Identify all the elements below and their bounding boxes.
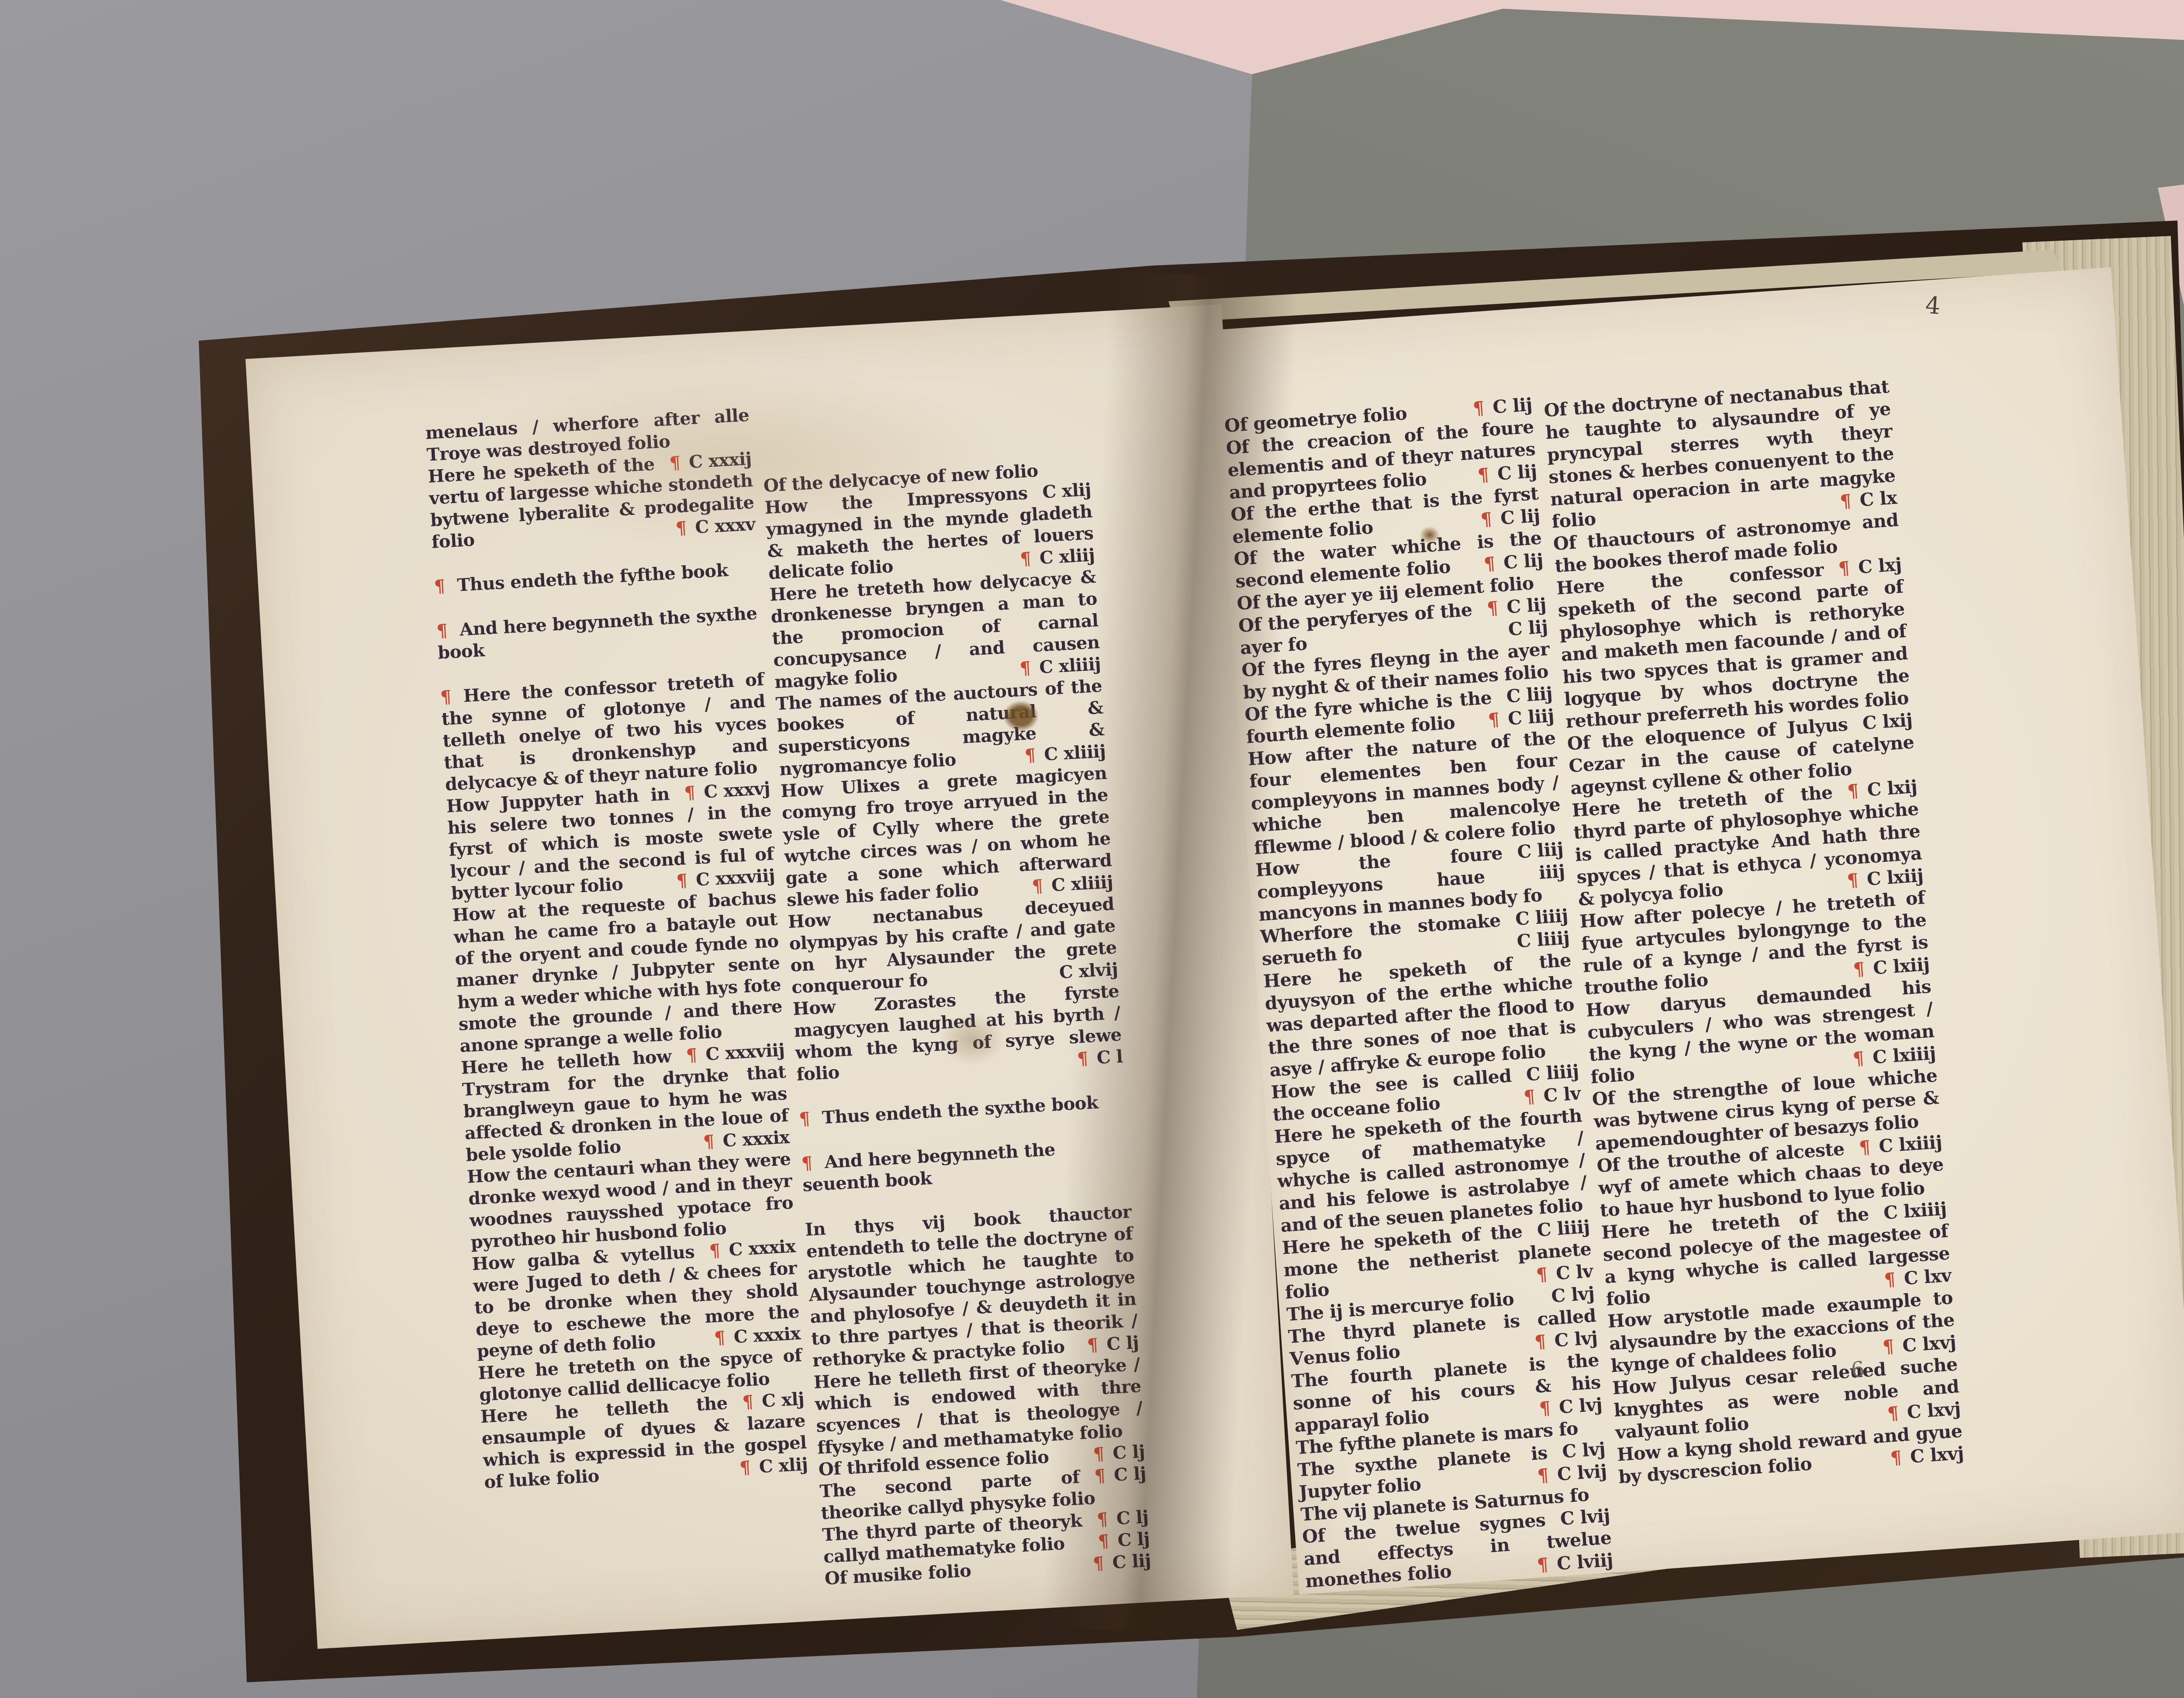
toc-entry: Of the doctryne of nectanabus that he ta… — [1543, 376, 1897, 533]
pilcrow-icon: ¶ — [1852, 1047, 1873, 1069]
folio-number: C xlij — [1042, 479, 1092, 502]
folio-number: C lxiij — [1866, 865, 1924, 890]
folio-number: C liiij — [1525, 1060, 1579, 1085]
section-heading: ¶Thus endeth the syxthe book — [798, 1090, 1126, 1130]
toc-entry: How at the requeste of bachus whan he ca… — [452, 887, 784, 1057]
folio-number: C xxxviij — [705, 1040, 785, 1065]
toc-entry: Here the confessor speketh of the second… — [1555, 553, 1911, 733]
pilcrow-icon: ¶ — [1523, 1085, 1545, 1108]
folio-number: C lij — [1492, 394, 1533, 418]
folio-reference: ¶C l — [1077, 1046, 1123, 1070]
folio-number: C xliiij — [1051, 872, 1113, 896]
pilcrow-icon: ¶ — [1847, 780, 1868, 802]
folio-reference: ¶C xxxv — [675, 513, 756, 539]
toc-entry: How the centauri whan they were dronke w… — [467, 1148, 795, 1253]
folio-reference: C lij — [1507, 616, 1548, 641]
folio-number: C lj — [1106, 1332, 1139, 1354]
folio-number: C lj — [1112, 1441, 1145, 1463]
photo-scene: menelaus / wherfore after alle Troye was… — [0, 0, 2184, 1698]
folio-number: C lj — [1113, 1463, 1147, 1485]
pilcrow-icon: ¶ — [1480, 508, 1501, 530]
pilcrow-icon: ¶ — [1019, 657, 1040, 679]
pilcrow-icon: ¶ — [1024, 744, 1045, 766]
toc-column: Of the doctryne of nectanabus that he ta… — [1543, 376, 1964, 1488]
folio-number: C liiij — [1536, 1216, 1590, 1241]
pilcrow-icon: ¶ — [1031, 875, 1052, 897]
right-page: Of geometrye folio¶C lijOf the creacion … — [1211, 267, 2184, 1594]
entry-text: Thus endeth the syxthe book — [822, 1092, 1099, 1128]
pilcrow-icon: ¶ — [1487, 708, 1509, 731]
section-heading: ¶And here begynneth the syxthe book — [436, 602, 762, 664]
folio-reference: ¶C xlj — [742, 1388, 805, 1413]
entry-text: How Zorastes the fyrste magycyen laughed… — [792, 981, 1122, 1085]
toc-column: Of the delycacye of new folioC xlijHow t… — [763, 457, 1152, 1590]
pilcrow-icon: ¶ — [1092, 1443, 1113, 1464]
folio-reference: ¶C lxvj — [1890, 1442, 1964, 1470]
pilcrow-icon: ¶ — [1483, 552, 1504, 575]
folio-number: C lij — [1503, 549, 1544, 573]
folio-number: C lxiij — [1872, 954, 1930, 979]
folio-number: C lv — [1555, 1260, 1593, 1284]
pencil-page-number: 6 — [1850, 1357, 1866, 1383]
pilcrow-icon: ¶ — [676, 870, 697, 891]
toc-entry: How Ulixes a grete magicyen comyng fro t… — [780, 762, 1114, 911]
folio-number: C liij — [1506, 683, 1553, 707]
folio-number: C lvij — [1556, 1460, 1607, 1485]
folio-number: C lxj — [1858, 554, 1902, 578]
folio-number: C lviij — [1556, 1550, 1614, 1574]
folio-reference: C xlij — [1042, 479, 1092, 503]
pilcrow-icon: ¶ — [1839, 490, 1861, 512]
pilcrow-icon: ¶ — [1019, 548, 1040, 569]
toc-entry: Here he speketh of the fourth spyce of m… — [1273, 1104, 1589, 1237]
left-page: menelaus / wherfore after alle Troye was… — [245, 304, 1294, 1649]
folio-number: C lv — [1543, 1083, 1581, 1106]
folio-number: C xlij — [759, 1454, 809, 1477]
folio-reference: ¶C lij — [1483, 549, 1544, 575]
pilcrow-icon: ¶ — [1535, 1263, 1557, 1285]
handwritten-folio-mark: 4 — [1925, 291, 1942, 320]
pilcrow-icon: ¶ — [709, 1239, 730, 1261]
pilcrow-icon: ¶ — [1846, 869, 1868, 891]
folio-reference: C lxij — [1862, 709, 1913, 735]
folio-number: C xliij — [1039, 545, 1095, 568]
toc-entry: How after the nature of the four element… — [1247, 727, 1562, 859]
folio-reference: C lvj — [1551, 1282, 1595, 1308]
pilcrow-icon: ¶ — [742, 1391, 763, 1412]
folio-number: C liij — [1517, 839, 1564, 863]
folio-number: C xxxviij — [695, 865, 775, 890]
pilcrow-icon: ¶ — [801, 1152, 825, 1174]
folio-number: C lvj — [1554, 1327, 1598, 1351]
folio-reference: C liiij — [1536, 1216, 1590, 1242]
pilcrow-icon: ¶ — [1536, 1553, 1558, 1576]
folio-number: C xxxix — [722, 1127, 790, 1151]
toc-column: menelaus / wherfore after alle Troye was… — [425, 404, 809, 1494]
folio-number: C lxij — [1862, 709, 1913, 734]
entry-text: And here begynneth the syxthe book — [437, 603, 757, 663]
folio-reference: ¶C lj — [1097, 1528, 1150, 1553]
pilcrow-icon: ¶ — [1852, 958, 1874, 980]
folio-number: C liiij — [1516, 927, 1570, 952]
folio-number: C xliiij — [1039, 654, 1101, 678]
folio-reference: ¶C lx — [1839, 487, 1898, 513]
folio-number: C xxxix — [733, 1323, 801, 1347]
folio-reference: ¶C lj — [1094, 1463, 1147, 1487]
folio-number: C xxxv — [695, 514, 756, 538]
folio-reference: ¶C lv — [1535, 1260, 1593, 1286]
pilcrow-icon: ¶ — [1537, 1464, 1558, 1486]
folio-reference: ¶C lj — [1086, 1332, 1139, 1356]
pilcrow-icon: ¶ — [440, 686, 464, 707]
folio-reference: ¶C lviij — [1536, 1549, 1614, 1577]
toc-entry: Here he treteth how delycacye & dronkene… — [769, 566, 1102, 693]
folio-number: C lij — [1496, 461, 1538, 484]
pilcrow-icon: ¶ — [1538, 1397, 1560, 1419]
pilcrow-icon: ¶ — [1077, 1048, 1098, 1069]
pilcrow-icon: ¶ — [1477, 463, 1498, 486]
entry-text: Here he speketh of the dyuysyon of the e… — [1263, 949, 1576, 1081]
pilcrow-icon: ¶ — [1472, 397, 1493, 419]
pilcrow-icon: ¶ — [1534, 1330, 1555, 1353]
folio-reference: ¶C lj — [1096, 1506, 1149, 1531]
entry-text: Thus endeth the fyfthe book — [456, 560, 729, 596]
pilcrow-icon: ¶ — [1092, 1553, 1113, 1574]
entry-text: Here he speketh of the fourth spyce of m… — [1274, 1105, 1587, 1236]
pilcrow-icon: ¶ — [1890, 1446, 1911, 1469]
folio-reference: C liij — [1506, 683, 1553, 708]
folio-number: C xxxij — [688, 449, 752, 473]
folio-number: C lx — [1859, 487, 1897, 511]
folio-number: C lij — [1500, 505, 1541, 529]
folio-number: C lxvj — [1902, 1332, 1957, 1356]
folio-reference: ¶C lvj — [1538, 1394, 1603, 1420]
folio-number: C lxv — [1903, 1265, 1952, 1289]
folio-number: C lvj — [1551, 1283, 1595, 1307]
folio-reference: C liiij — [1525, 1060, 1579, 1086]
folio-number: C lxiiij — [1878, 1132, 1942, 1157]
pilcrow-icon: ¶ — [714, 1327, 735, 1348]
section-heading: ¶Thus endeth the fyfthe book — [433, 558, 758, 597]
toc-entry: In thys vij book thauctor entendeth to t… — [805, 1201, 1139, 1372]
pilcrow-icon: ¶ — [433, 575, 457, 597]
folio-reference: C xlvij — [1059, 959, 1119, 984]
pilcrow-icon: ¶ — [1094, 1465, 1115, 1486]
entry-text: Here the confessor treteth of the synne … — [441, 669, 768, 795]
section-heading: ¶And here begynneth the seuenth book — [801, 1135, 1129, 1197]
folio-number: C lj — [1116, 1507, 1149, 1529]
pilcrow-icon: ¶ — [675, 517, 696, 538]
entry-text: How after the nature of the four element… — [1247, 727, 1561, 859]
folio-reference: C lvj — [1562, 1438, 1606, 1463]
pilcrow-icon: ¶ — [669, 452, 690, 473]
entry-text: Here the confessor speketh of the second… — [1555, 559, 1910, 732]
entry-text: Here he telleth first of theoryke / whic… — [813, 1354, 1143, 1458]
folio-number: C xxxvj — [703, 778, 771, 802]
folio-number: C lxij — [1866, 776, 1918, 801]
toc-entry: Here he telleth first of theoryke / whic… — [813, 1353, 1144, 1459]
folio-number: C lxiiij — [1872, 1042, 1936, 1068]
entry-text: How the centauri whan they were dronke w… — [467, 1149, 794, 1253]
folio-number: C lvij — [1559, 1505, 1610, 1529]
folio-reference: C liiij — [1514, 904, 1569, 930]
toc-entry: ¶Here the confessor treteth of the synne… — [440, 669, 770, 796]
folio-number: C lvj — [1559, 1394, 1603, 1418]
folio-number: C xliiij — [1044, 741, 1106, 765]
folio-number: C lxiiij — [1883, 1198, 1947, 1223]
folio-number: C liij — [1507, 705, 1555, 729]
folio-number: C lxvj — [1910, 1443, 1965, 1467]
pilcrow-icon: ¶ — [739, 1456, 760, 1478]
folio-reference: ¶C lij — [1092, 1550, 1152, 1575]
folio-number: C l — [1096, 1046, 1123, 1068]
folio-number: C lij — [1112, 1550, 1152, 1573]
folio-reference: C liiij — [1516, 927, 1570, 953]
pilcrow-icon: ¶ — [1086, 1334, 1107, 1355]
folio-reference: C lvij — [1559, 1505, 1610, 1530]
pilcrow-icon: ¶ — [1097, 1530, 1118, 1552]
pilcrow-icon: ¶ — [1887, 1402, 1908, 1424]
folio-reference: C liij — [1517, 838, 1564, 863]
pilcrow-icon: ¶ — [1486, 597, 1507, 619]
pilcrow-icon: ¶ — [1858, 1136, 1880, 1158]
folio-number: C lj — [1117, 1529, 1150, 1551]
folio-number: C lxvj — [1906, 1398, 1961, 1422]
folio-reference: ¶C lj — [1092, 1441, 1145, 1466]
folio-number: C xlvij — [1059, 959, 1119, 983]
entry-text: And here begynneth the seuenth book — [802, 1139, 1056, 1195]
folio-number: C lij — [1506, 594, 1547, 618]
folio-number: C lij — [1507, 616, 1548, 640]
pilcrow-icon: ¶ — [1838, 557, 1859, 579]
toc-entry: Here he speketh of the dyuysyon of the e… — [1263, 949, 1578, 1082]
pilcrow-icon: ¶ — [685, 1044, 706, 1066]
folio-number: C liiij — [1515, 905, 1569, 929]
pilcrow-icon: ¶ — [436, 620, 460, 642]
pilcrow-icon: ¶ — [1096, 1508, 1117, 1530]
folio-number: C xlj — [761, 1388, 805, 1411]
pilcrow-icon: ¶ — [684, 782, 705, 803]
pilcrow-icon: ¶ — [798, 1108, 822, 1129]
folio-reference: ¶C xlij — [739, 1453, 809, 1479]
entry-text: How at the requeste of bachus whan he ca… — [452, 887, 783, 1056]
pilcrow-icon: ¶ — [1882, 1335, 1903, 1357]
pilcrow-icon: ¶ — [703, 1131, 724, 1152]
folio-number: C lvj — [1562, 1438, 1606, 1462]
folio-reference: ¶C lv — [1523, 1082, 1581, 1108]
pilcrow-icon: ¶ — [1883, 1268, 1905, 1291]
folio-number: C xxxix — [728, 1236, 796, 1260]
toc-entry: How Zorastes the fyrste magycyen laughed… — [792, 980, 1123, 1086]
